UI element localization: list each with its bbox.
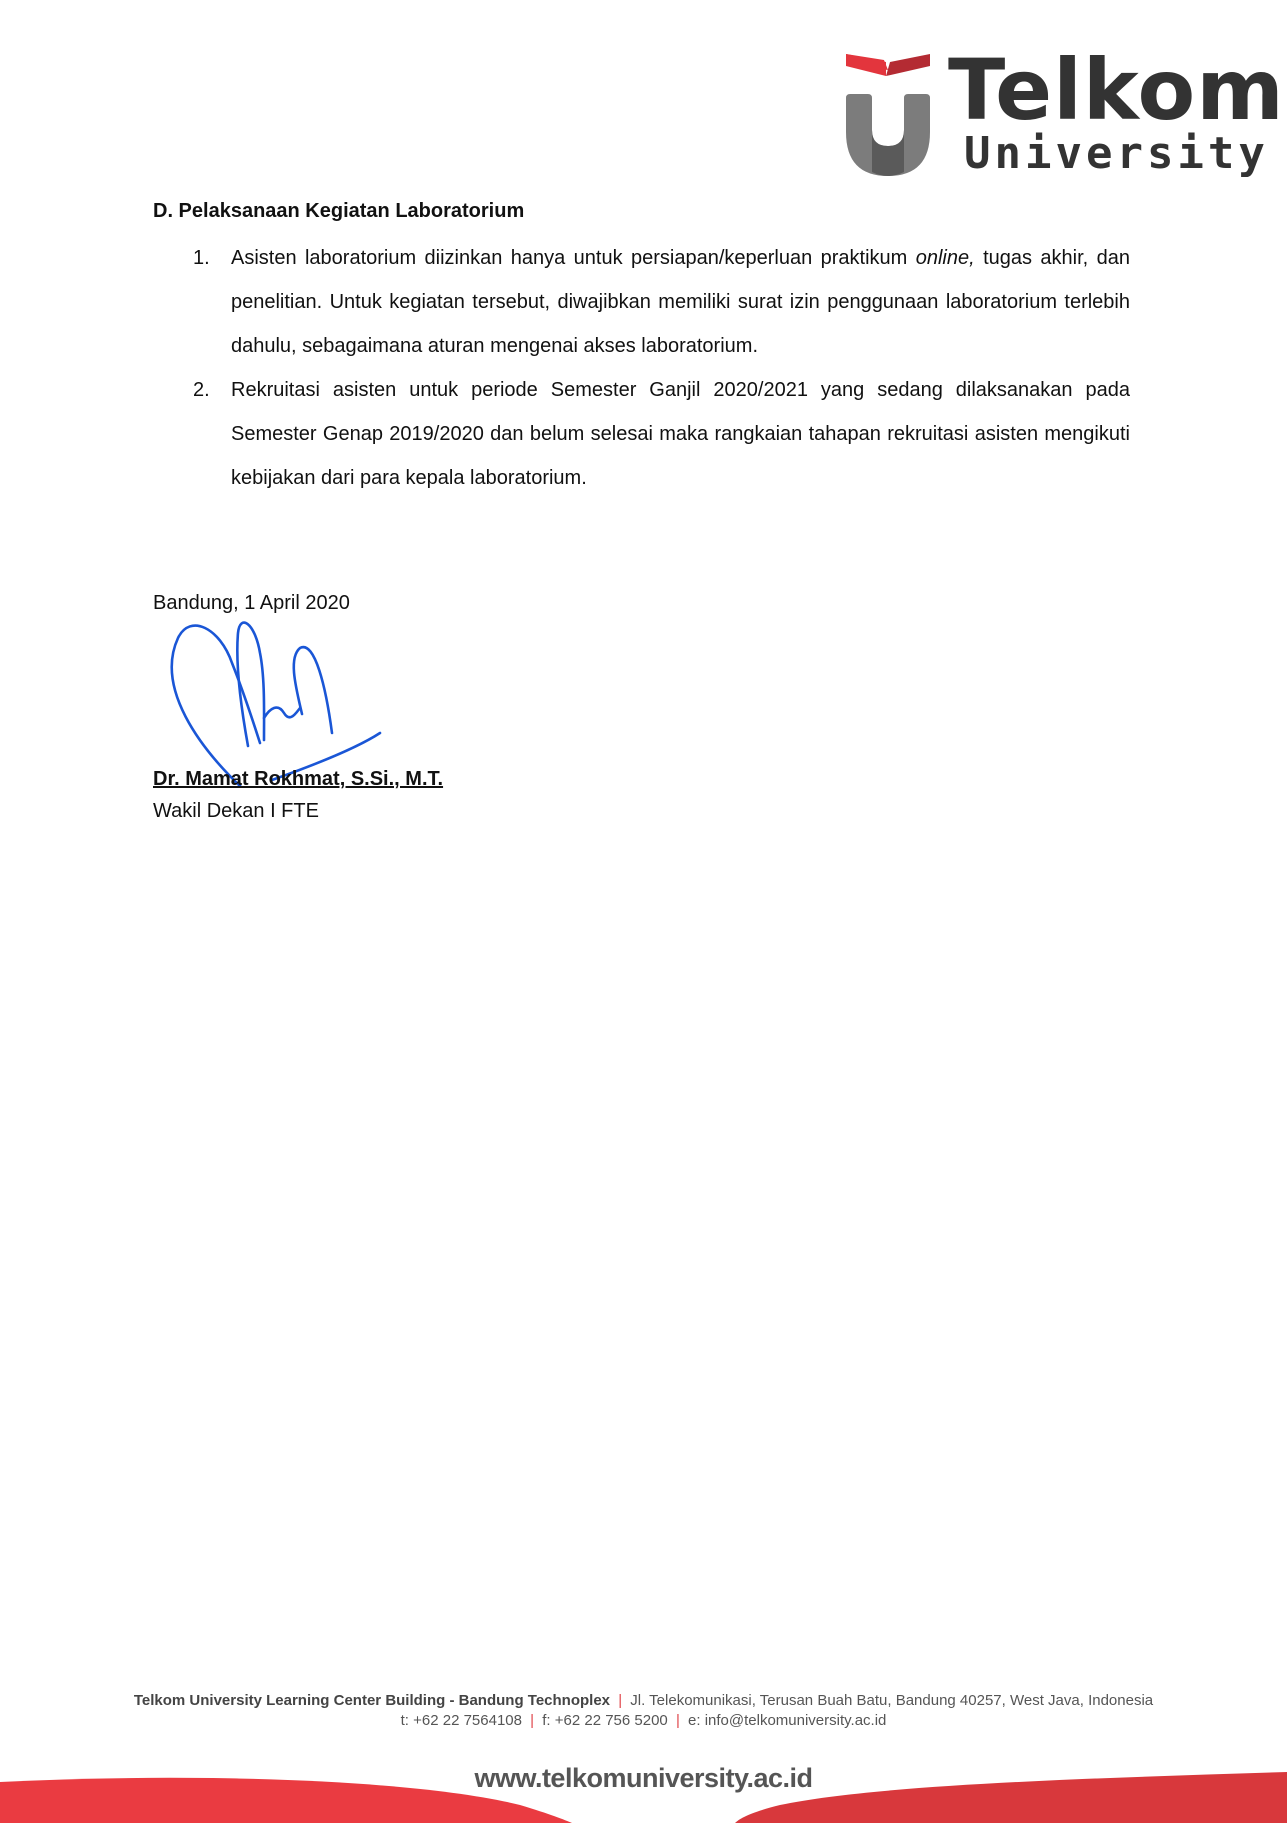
signer-name: Dr. Mamat Rokhmat, S.Si., M.T.	[153, 768, 443, 791]
footer-contact-line: t: +62 22 7564108 | f: +62 22 756 5200 |…	[0, 1712, 1287, 1729]
logo-wordmark-telkom: Telkom	[948, 48, 1285, 132]
list-item-number: 2.	[193, 368, 210, 412]
footer-building: Telkom University Learning Center Buildi…	[134, 1692, 610, 1709]
list-item: 2. Rekruitasi asisten untuk periode Seme…	[153, 368, 1130, 500]
telkom-university-logo-icon	[846, 54, 930, 176]
footer-email: e: info@telkomuniversity.ac.id	[688, 1712, 886, 1729]
footer-phone: t: +62 22 7564108	[401, 1712, 522, 1729]
signer-title: Wakil Dekan I FTE	[153, 800, 319, 823]
list-item-number: 1.	[193, 236, 210, 280]
footer-separator: |	[618, 1692, 622, 1709]
footer-website: www.telkomuniversity.ac.id	[0, 1763, 1287, 1794]
place-and-date: Bandung, 1 April 2020	[153, 592, 350, 615]
logo-wordmark-university: University	[964, 132, 1269, 176]
footer-address-line: Telkom University Learning Center Buildi…	[0, 1692, 1287, 1709]
list-item-italic-text: online,	[916, 247, 975, 269]
numbered-list: 1. Asisten laboratorium diizinkan hanya …	[153, 236, 1130, 500]
telkom-university-logo: Telkom University	[846, 54, 1206, 176]
list-item: 1. Asisten laboratorium diizinkan hanya …	[153, 236, 1130, 368]
footer-separator: |	[676, 1712, 680, 1729]
list-item-text-part: Asisten laboratorium diizinkan hanya unt…	[231, 247, 916, 269]
section-heading: D. Pelaksanaan Kegiatan Laboratorium	[153, 200, 524, 223]
footer-fax: f: +62 22 756 5200	[542, 1712, 668, 1729]
list-item-text: Asisten laboratorium diizinkan hanya unt…	[231, 247, 1130, 357]
footer-address: Jl. Telekomunikasi, Terusan Buah Batu, B…	[630, 1692, 1153, 1709]
list-item-text: Rekruitasi asisten untuk periode Semeste…	[231, 379, 1130, 489]
footer-separator: |	[530, 1712, 534, 1729]
handwritten-signature-icon	[160, 618, 410, 788]
